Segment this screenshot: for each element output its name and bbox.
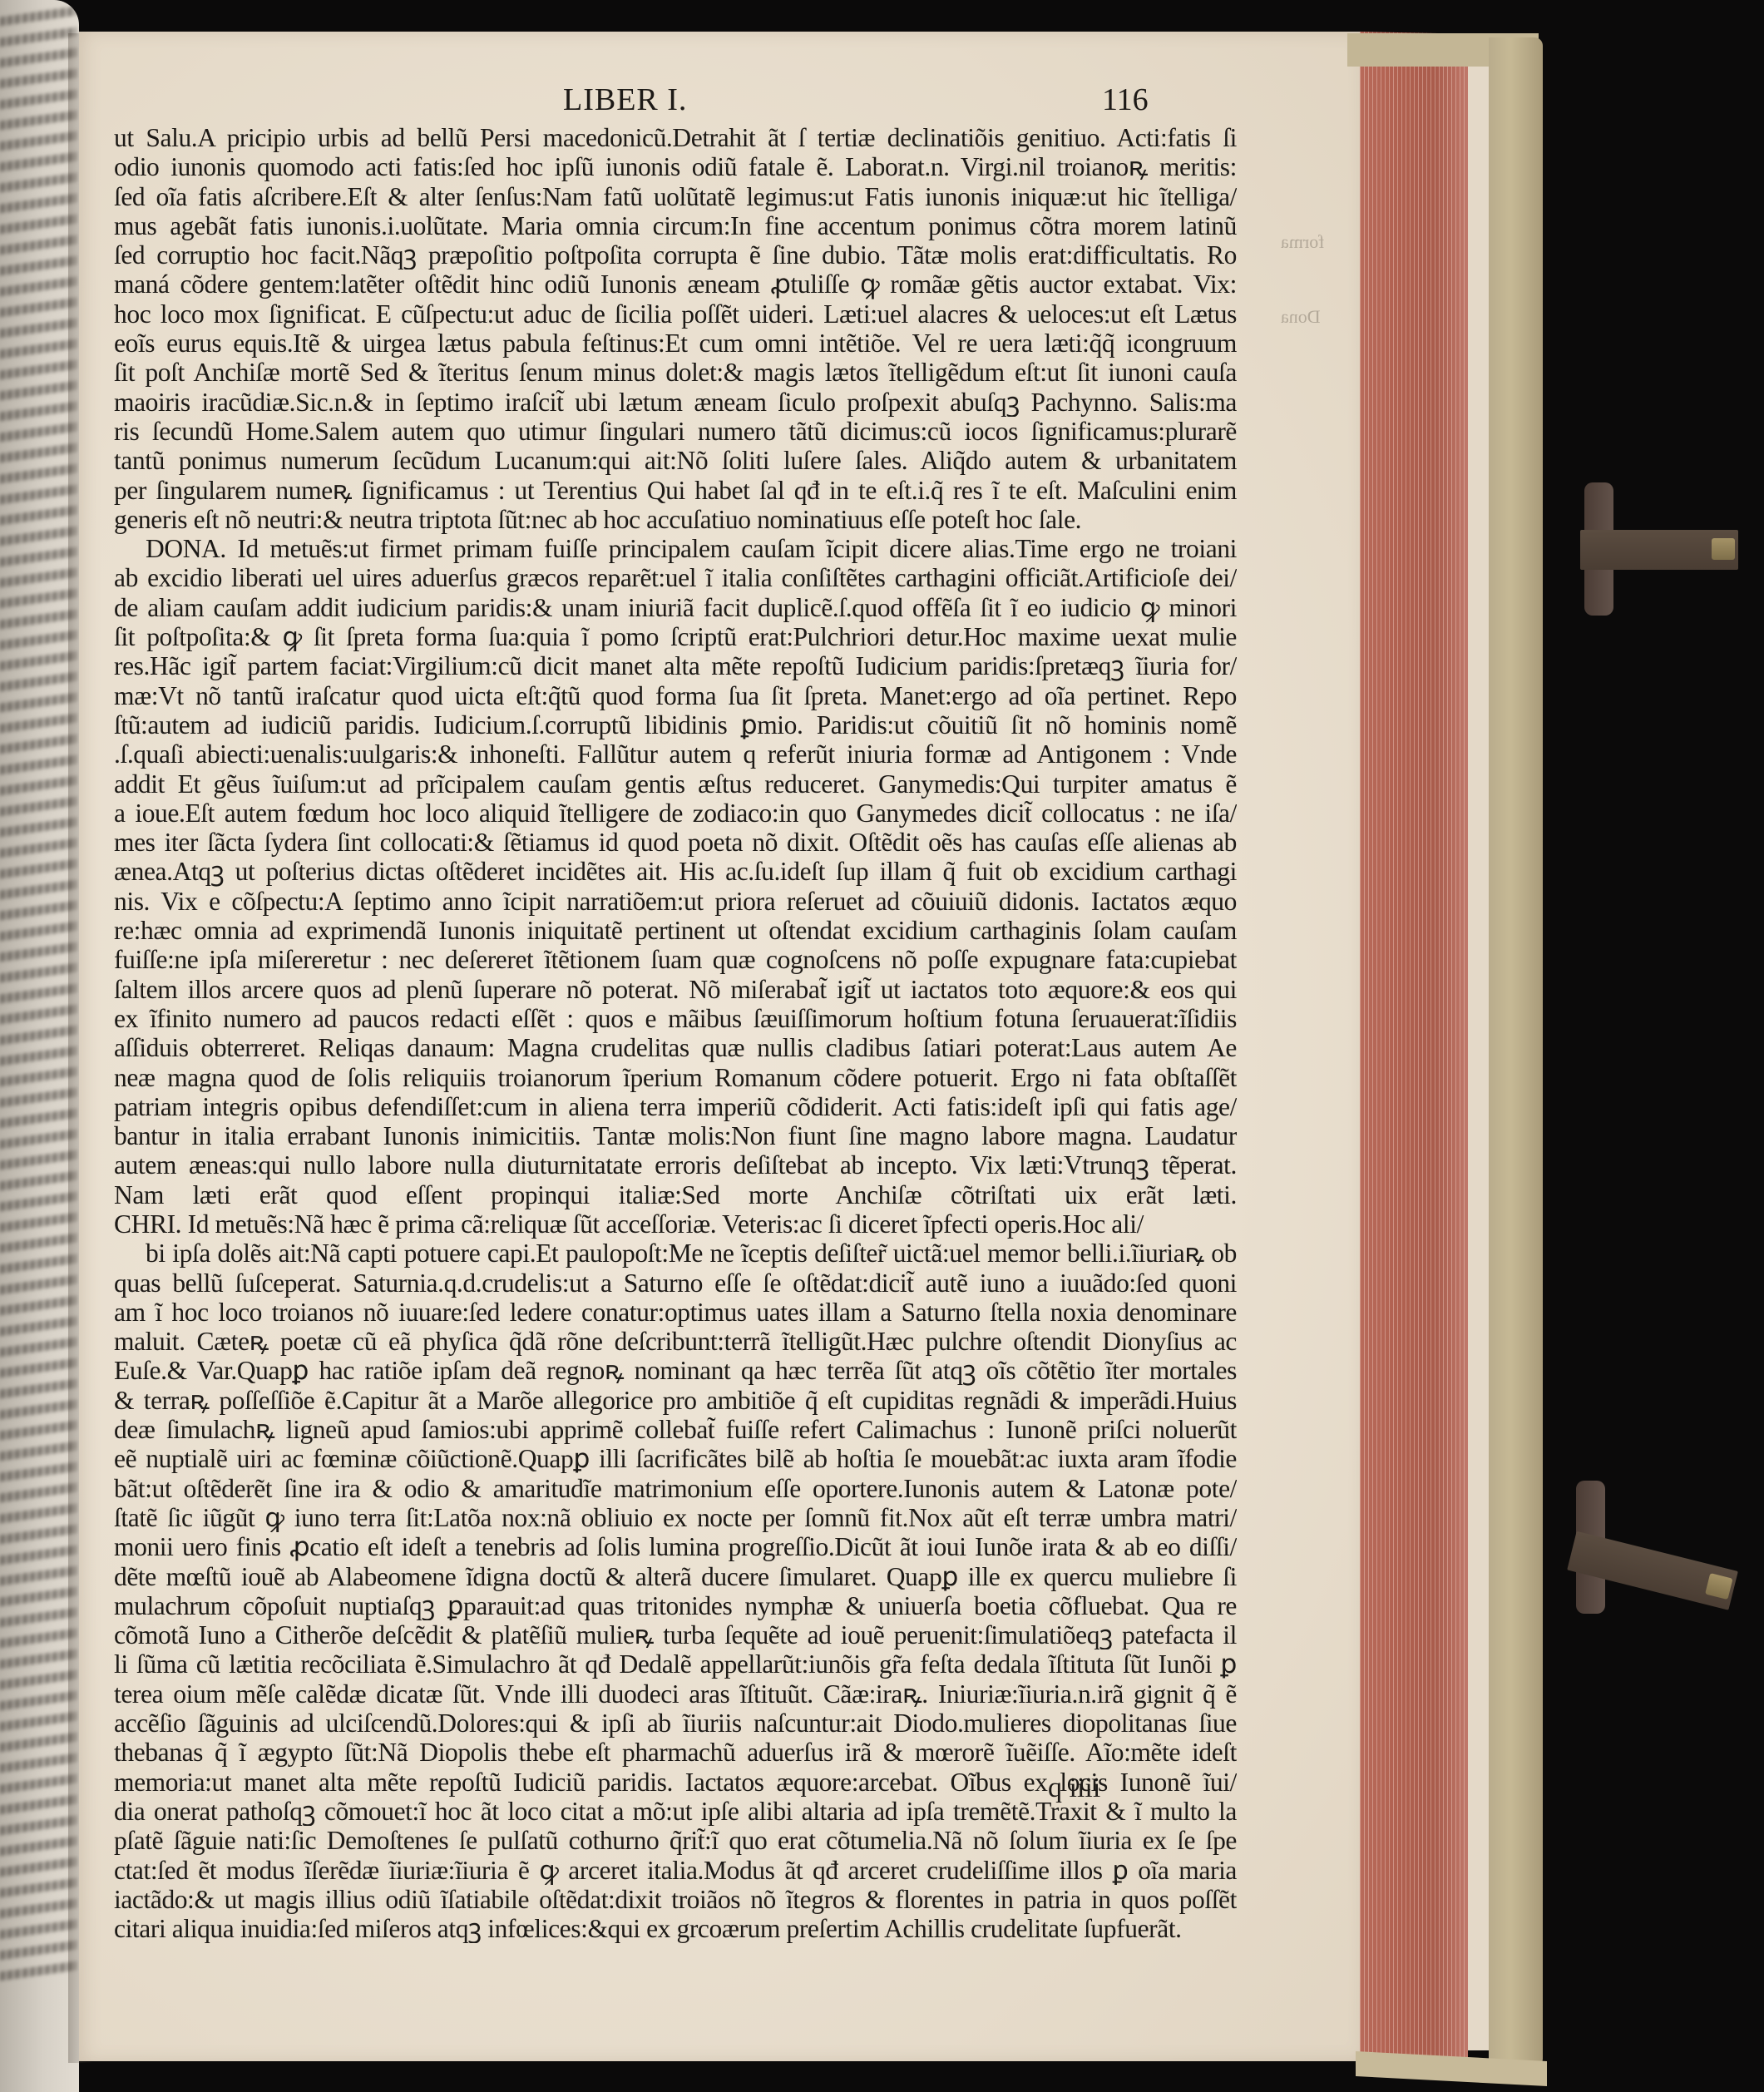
text-line: ſit poſtpoſita:& ꝙ ſit ſpreta forma ſua:… <box>114 622 1237 651</box>
blurred-line <box>0 1026 77 1046</box>
text-line: li ſũma cũ lætitia recõciliata ẽ.Simulac… <box>114 1649 1237 1679</box>
blurred-line <box>0 589 77 609</box>
blurred-line <box>0 1816 77 1836</box>
clasp-top <box>1580 530 1738 570</box>
blurred-line <box>0 527 77 546</box>
blurred-line <box>0 1920 77 1940</box>
blurred-line <box>0 1421 77 1441</box>
text-line: thebanas q̃ ĩ ægypto ſũt:Nã Diopolis the… <box>114 1738 1237 1767</box>
text-line: addit Et gẽus ĩuiſum:ut ad prĩcipalem ca… <box>114 769 1237 799</box>
blurred-line <box>0 1504 77 1524</box>
text-line: ab excidio liberati uel uires aduerſus g… <box>114 563 1237 592</box>
blurred-line <box>0 797 77 817</box>
red-fore-edge <box>1360 32 1468 2068</box>
text-line: ſtatẽ ſic iũgũt ꝙ iuno terra ſit:Latõa n… <box>114 1503 1237 1532</box>
blurred-line <box>0 1338 77 1358</box>
text-line: hoc loco mox ſignificat. E cũſpectu:ut a… <box>114 299 1237 329</box>
folio-number: 116 <box>1102 82 1149 118</box>
blurred-line <box>0 1358 77 1378</box>
blurred-line <box>0 1961 77 1981</box>
text-line: maná cõdere gentem:latẽter oſtẽdit hinc … <box>114 270 1237 299</box>
text-line: bi ipſa dolẽs ait:Nã capti potuere capi.… <box>114 1239 1237 1268</box>
blurred-line <box>0 838 77 858</box>
blurred-line <box>0 443 77 463</box>
text-line: Nam læti erãt quod eſſent propinqui ital… <box>114 1180 1237 1209</box>
blurred-line <box>0 277 77 297</box>
blurred-line <box>0 69 77 89</box>
blurred-line <box>0 1753 77 1773</box>
blurred-line <box>0 880 77 900</box>
blurred-line <box>0 235 77 255</box>
blurred-line <box>0 1400 77 1420</box>
blurred-line <box>0 360 77 380</box>
blurred-line <box>0 319 77 339</box>
blurred-line <box>0 256 77 276</box>
text-line: mæ:Vt nõ tantũ iraſcatur quod uicta eſt:… <box>114 681 1237 710</box>
text-line: mes iter ſãcta ſydera ſint collocati:& ſ… <box>114 828 1237 857</box>
text-line: generis eſt nõ neutri:& neutra triptota … <box>114 505 1237 534</box>
blurred-line <box>0 714 77 734</box>
text-line: pſatẽ ſãguie nati:ſic Demoſtenes ſe pulſ… <box>114 1826 1237 1855</box>
blurred-line <box>0 339 77 359</box>
blurred-line <box>0 506 77 526</box>
brass-catch-icon <box>1705 1573 1732 1600</box>
text-line: de aliam cauſam addit iudicium paridis:&… <box>114 593 1237 622</box>
blurred-line <box>0 1067 77 1087</box>
blurred-line <box>0 485 77 505</box>
text-line: bantur in italia errabant Iunonis inimic… <box>114 1121 1237 1150</box>
blurred-line <box>0 1525 77 1545</box>
text-line: am ĩ hoc loco troianos nõ iuuare:ſed led… <box>114 1298 1237 1327</box>
running-head-title: LIBER I. <box>563 82 687 118</box>
blurred-line <box>0 776 77 796</box>
text-line: aſſiduis obterreret. Reliqas danaum: Mag… <box>114 1033 1237 1062</box>
text-line: DONA. Id metuẽs:ut firmet primam fuiſſe … <box>114 534 1237 563</box>
text-line: neæ magna quod de ſolis reliquiis troian… <box>114 1063 1237 1092</box>
text-line: quas bellũ ſuſceperat. Saturnia.q.d.crud… <box>114 1269 1237 1298</box>
blurred-line <box>0 1546 77 1565</box>
blurred-line <box>0 7 77 27</box>
show-through-marginalia: forma <box>1281 231 1325 253</box>
text-line: citari aliqua inuidia:ſed miſeros atqꝫ i… <box>114 1914 1237 1943</box>
text-line: monii uero finis ꝓcatio eſt ideſt a tene… <box>114 1532 1237 1561</box>
blurred-line <box>0 901 77 921</box>
text-line: CHRI. Id metuẽs:Nã hæc ẽ prima cã:reliqu… <box>114 1209 1237 1239</box>
text-line: nis. Vix e cõſpectu:A ſeptimo anno ĩcipi… <box>114 887 1237 916</box>
blurred-line <box>0 1774 77 1794</box>
blurred-line <box>0 215 77 235</box>
vellum-binding <box>1489 37 1543 2067</box>
blurred-line <box>0 131 77 151</box>
blurred-line <box>0 1192 77 1212</box>
text-line: ſed corruptio hoc facit.Nãqꝫ præpoſitio … <box>114 240 1237 270</box>
blurred-line <box>0 1213 77 1233</box>
blurred-line <box>0 1649 77 1669</box>
text-line: per ſingularem numeꝶ ſignificamus : ut T… <box>114 476 1237 505</box>
text-line: patriam integris opibus defendiſſet:cum … <box>114 1092 1237 1121</box>
blurred-line <box>0 298 77 318</box>
blurred-line <box>0 755 77 775</box>
text-line: a ioue.Eſt autem fœdum hoc loco aliquid … <box>114 799 1237 828</box>
text-line: ris ſecundũ Home.Salem autem quo utimur … <box>114 417 1237 446</box>
text-line: eoĩs eurus equis.Itẽ & uirgea lætus pabu… <box>114 329 1237 358</box>
blurred-line <box>0 693 77 713</box>
blurred-line <box>0 859 77 879</box>
text-line: & terraꝶ poſſeſſiõe ẽ.Capitur ãt a Marõe… <box>114 1386 1237 1415</box>
blurred-line <box>0 1566 77 1586</box>
blurred-line <box>0 48 77 68</box>
blurred-line <box>0 90 77 110</box>
blurred-line <box>0 1837 77 1857</box>
blurred-line <box>0 568 77 588</box>
text-line: deæ ſimulachꝶ ligneũ apud ſamios:ubi app… <box>114 1415 1237 1444</box>
blurred-line <box>0 1234 77 1254</box>
blurred-line <box>0 1109 77 1129</box>
blurred-line <box>0 963 77 983</box>
signature-mark: q iiii <box>1048 1773 1100 1804</box>
blurred-line <box>0 111 77 131</box>
commentary-text-block: ut Salu.A pricipio urbis ad bellũ Persi … <box>114 123 1237 1943</box>
text-line: re:hæc omnia ad exprimendã Iunonis iniqu… <box>114 916 1237 945</box>
blurred-line <box>0 1941 77 1961</box>
text-line: ut Salu.A pricipio urbis ad bellũ Persi … <box>114 123 1237 152</box>
blurred-line <box>0 1130 77 1150</box>
text-line: cõmotã Iuno a Citherõe deſcẽdit & platẽſ… <box>114 1620 1237 1649</box>
text-line: ctat:ſed ẽt modus ĩſerẽdæ ĩiuriæ:ĩiuria … <box>114 1856 1237 1885</box>
text-line: accẽſio ſãguinis ad ulciſcendũ.Dolores:q… <box>114 1709 1237 1738</box>
blurred-line <box>0 651 77 671</box>
blurred-line <box>0 1442 77 1461</box>
blurred-line <box>0 1629 77 1649</box>
blurred-line <box>0 1171 77 1191</box>
blurred-line <box>0 1005 77 1025</box>
blurred-line <box>0 1150 77 1170</box>
text-line: odio iunonis quomodo acti fatis:ſed hoc … <box>114 152 1237 181</box>
text-line: Euſe.& Var.Quapꝑ hac ratiõe ipſam deã re… <box>114 1356 1237 1385</box>
blurred-line <box>0 1587 77 1607</box>
blurred-line <box>0 984 77 1004</box>
blurred-line <box>0 1608 77 1628</box>
blurred-line <box>0 1795 77 1815</box>
blurred-line <box>0 152 77 172</box>
text-line: autem æneas:qui nullo labore nulla diutu… <box>114 1150 1237 1180</box>
blurred-line <box>0 1296 77 1316</box>
text-line: iactãdo:& ut magis illius odiũ ĩſatiabil… <box>114 1885 1237 1914</box>
text-line: fuiſſe:ne ipſa miſereretur : nec deſerer… <box>114 945 1237 974</box>
blurred-line <box>0 1691 77 1711</box>
blurred-line <box>0 1857 77 1877</box>
text-line: bãt:ut oſtẽderẽt ſine ira & odio & amari… <box>114 1474 1237 1503</box>
blurred-line <box>0 381 77 401</box>
text-line: ænea.Atqꝫ ut poſterius dictas oſtẽderet … <box>114 857 1237 886</box>
blurred-line <box>0 1899 77 1919</box>
blurred-line <box>0 942 77 962</box>
right-page: LIBER I. 116 ut Salu.A pricipio urbis ad… <box>79 32 1360 2061</box>
running-head: LIBER I. 116 <box>79 82 1360 123</box>
blurred-line <box>0 464 77 484</box>
blurred-line <box>0 402 77 422</box>
text-line: eẽ nuptialẽ uiri ac fœminæ cõiũctionẽ.Qu… <box>114 1444 1237 1473</box>
blurred-line <box>0 1733 77 1753</box>
text-line: ſtũ:autem ad iudiciũ paridis. Iudicium.ſ… <box>114 710 1237 739</box>
blurred-line <box>0 1379 77 1399</box>
text-line: ex ĩfinito numero ad paucos redacti eſſẽ… <box>114 1004 1237 1033</box>
blurred-line <box>0 1878 77 1898</box>
text-line: res.Hãc igit̃ partem faciat:Virgilium:cũ… <box>114 651 1237 680</box>
blurred-line <box>0 194 77 214</box>
blurred-line <box>0 1046 77 1066</box>
text-line: mulachrum cõpoſuit nuptiaſqꝫ ꝑparauit:ad… <box>114 1591 1237 1620</box>
text-line: dẽte mœſtũ iouẽ ab Alabeomene ĩdigna doc… <box>114 1562 1237 1591</box>
brass-catch-icon <box>1712 538 1735 560</box>
blurred-line <box>0 672 77 692</box>
blurred-line <box>0 734 77 754</box>
text-line: ſit poſt Anchiſæ mortẽ Sed & ĩteritus ſe… <box>114 358 1237 387</box>
blurred-line <box>0 922 77 942</box>
blurred-line <box>0 1712 77 1732</box>
text-line: .ſ.quaſi abiecti:uenalis:uulgaris:& inho… <box>114 739 1237 769</box>
text-line: ſed oĩa fatis aſcribere.Eſt & alter ſenſ… <box>114 182 1237 211</box>
blurred-line <box>0 1275 77 1295</box>
left-page-blurred-text <box>0 12 79 1976</box>
blurred-line <box>0 631 77 650</box>
text-line: ſaltem illos arcere quos ad plenũ ſupera… <box>114 975 1237 1004</box>
blurred-line <box>0 1254 77 1274</box>
blurred-line <box>0 27 77 47</box>
blurred-line <box>0 1483 77 1503</box>
blurred-line <box>0 818 77 838</box>
left-facing-page <box>0 0 79 2092</box>
blurred-line <box>0 1088 77 1108</box>
blurred-line <box>0 1462 77 1482</box>
blurred-line <box>0 610 77 630</box>
text-line: maluit. Cæteꝶ poetæ cũ eã phyſica q̃dã r… <box>114 1327 1237 1356</box>
blurred-line <box>0 423 77 443</box>
text-line: maoiris iracũdiæ.Sic.n.& in ſeptimo iraſ… <box>114 388 1237 417</box>
text-line: mus agebãt fatis iunonis.i.uolũtate. Mar… <box>114 211 1237 240</box>
show-through-marginalia: Dona <box>1281 306 1321 328</box>
blurred-line <box>0 173 77 193</box>
text-line: tantũ ponimus numerum ſecũdum Lucanum:qu… <box>114 446 1237 475</box>
blurred-line <box>0 1317 77 1337</box>
blurred-line <box>0 547 77 567</box>
text-line: terea oium mẽſe calẽdæ dicatæ ſũt. Vnde … <box>114 1679 1237 1709</box>
blurred-line <box>0 1670 77 1690</box>
